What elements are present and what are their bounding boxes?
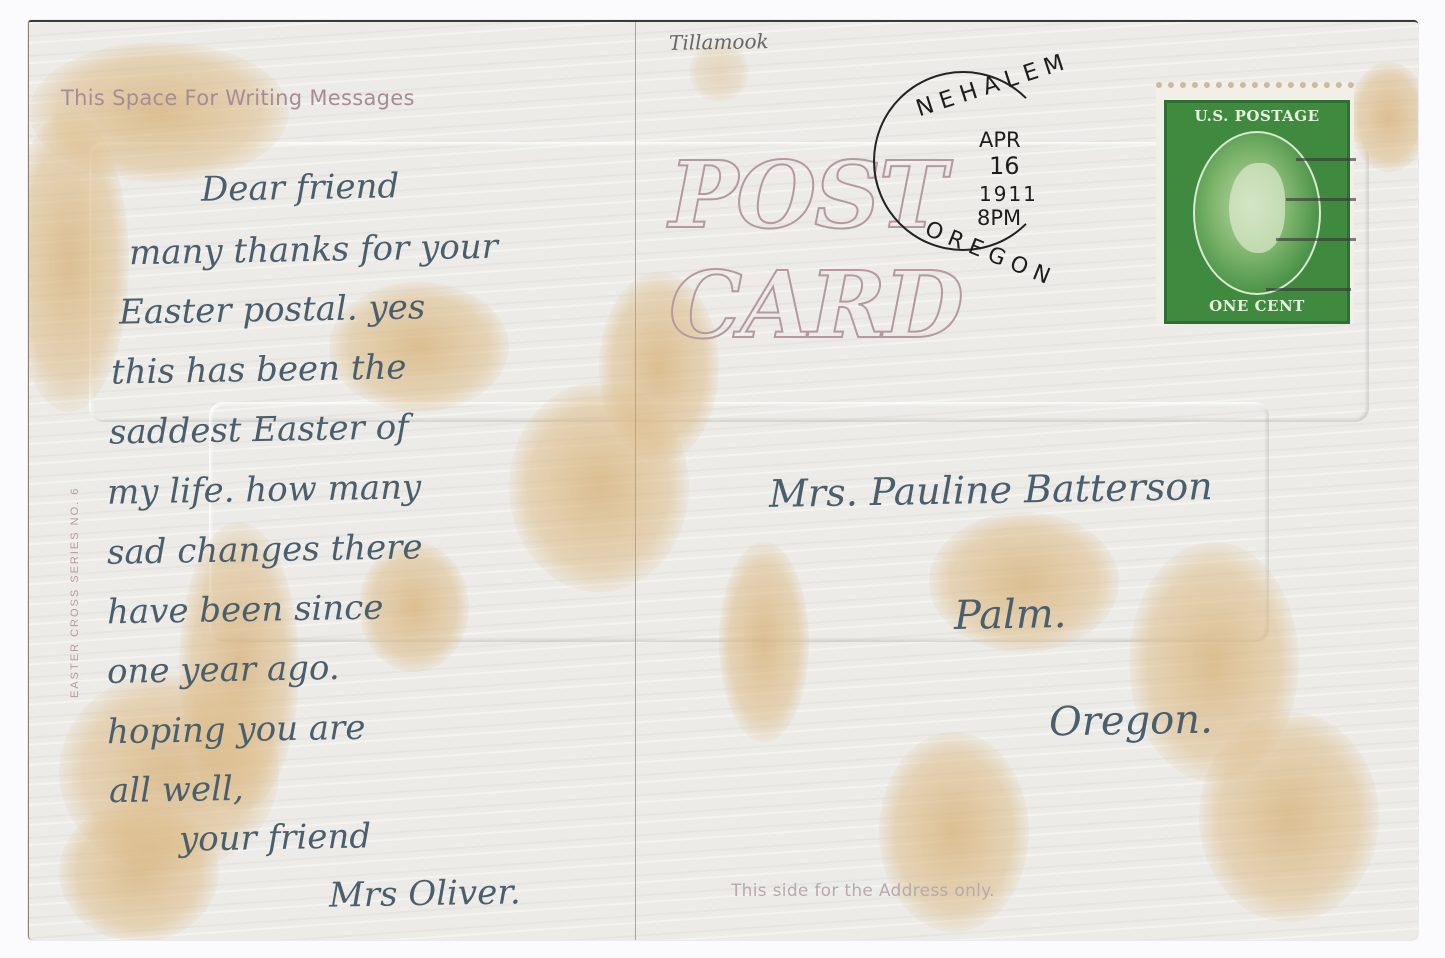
message-line: have been since [107, 588, 384, 633]
postmark-month: APR [979, 128, 1021, 152]
postmark-day: 16 [989, 152, 1020, 180]
stain [1199, 712, 1379, 922]
message-line: my life. how many [107, 467, 422, 512]
message-line: Dear friend [201, 166, 400, 209]
cancel-mark [1296, 158, 1356, 161]
stamp-top-text: U.S. POSTAGE [1167, 107, 1347, 125]
address-name: Mrs. Pauline Batterson [769, 464, 1213, 516]
message-line: sad changes there [107, 527, 423, 573]
stamp-bottom-text: ONE CENT [1167, 297, 1347, 315]
address-state: Oregon. [1049, 697, 1214, 746]
postmark-year: 1911 [979, 182, 1038, 206]
signature: Mrs Oliver. [329, 872, 521, 915]
address-side-footer: This side for the Address only. [731, 881, 995, 901]
center-divider [635, 22, 636, 940]
address-city: Palm. [954, 591, 1067, 639]
message-line: one year ago. [107, 648, 340, 692]
postmark-time: 8PM [977, 206, 1021, 230]
cancel-mark [1266, 288, 1351, 291]
postage-stamp: U.S. POSTAGE ONE CENT [1156, 82, 1354, 324]
series-label: EASTER CROSS SERIES NO. 6 [69, 487, 81, 698]
stain [719, 542, 809, 742]
stain [879, 732, 1029, 932]
county-note: Tillamook [669, 29, 769, 55]
portrait-icon [1193, 131, 1321, 295]
message-line: your friend [179, 816, 372, 859]
message-line: Easter postal. yes [119, 287, 426, 332]
message-line: this has been the [111, 347, 407, 392]
cancel-mark [1286, 198, 1356, 201]
postcard-back: This Space For Writing Messages EASTER C… [28, 20, 1418, 940]
message-space-header: This Space For Writing Messages [61, 86, 415, 110]
message-line: all well, [109, 769, 244, 811]
message-line: many thanks for your [129, 227, 499, 273]
cancel-mark [1276, 238, 1356, 241]
message-line: hoping you are [107, 708, 366, 753]
message-line: saddest Easter of [109, 407, 409, 452]
